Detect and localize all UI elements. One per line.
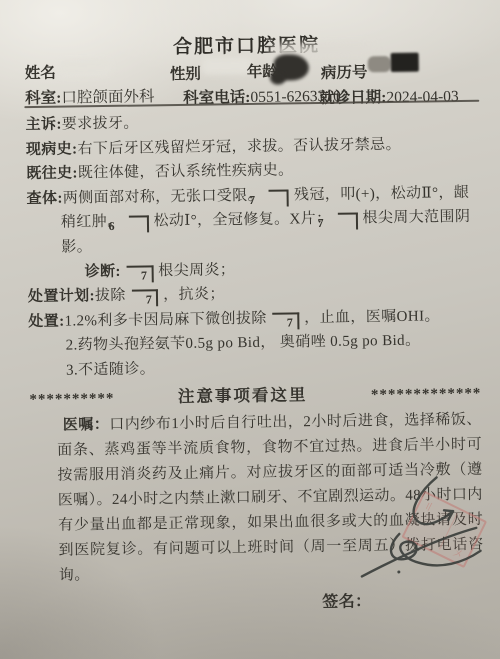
- doctor-advice-label: 医嘱：: [63, 417, 110, 434]
- tooth-notation-lower-right-7: 7: [273, 312, 300, 329]
- treatment-item-3: 3.不适随诊。: [66, 353, 481, 383]
- visit-date-label: 就诊日期:: [319, 89, 386, 107]
- medical-record-photo: 合肥市口腔医院 姓名 性别 年龄 病历号 科室:口腔颌面外科 科室电话:0551…: [0, 0, 500, 659]
- tooth-notation-lower-right-7: 7: [337, 213, 357, 230]
- tooth-notation-lower-right-6: 6: [128, 216, 148, 233]
- notice-heading-row: **********注意事项看这里*************: [29, 380, 481, 412]
- paper-sheet: 合肥市口腔医院 姓名 性别 年龄 病历号 科室:口腔颌面外科 科室电话:0551…: [0, 0, 500, 659]
- record-no-redaction-gray: [368, 56, 391, 72]
- visit-date-field: 就诊日期:2024-04-03: [319, 84, 459, 108]
- gender-label: 性别: [170, 62, 201, 84]
- hospital-title: 合肥市口腔医院: [0, 28, 497, 62]
- record-no-redaction-black: [391, 53, 419, 72]
- department-label: 科室:: [25, 90, 61, 108]
- tooth-notation-lower-right-7: 7: [269, 189, 289, 206]
- stars-left: **********: [29, 386, 114, 412]
- record-no-label: 病历号: [321, 60, 368, 83]
- age-redaction-tail: [270, 70, 286, 84]
- examination: 查体:两侧面部对称，无张口受限。7残冠，叩(+)，松动Ⅱ°，龈稍红肿。6松动Ⅰ°…: [26, 181, 479, 261]
- tooth-notation-lower-right-7: 7: [132, 289, 159, 306]
- name-redaction: [59, 60, 111, 77]
- name-label: 姓名: [25, 61, 56, 83]
- stars-right: *************: [371, 381, 482, 407]
- tooth-notation-lower-right-7: 7: [127, 265, 154, 282]
- visit-date-value: 2024-04-03: [386, 88, 459, 106]
- gender-redaction: [202, 57, 252, 75]
- signature-label: 签名：: [322, 589, 484, 616]
- signature: [340, 465, 492, 587]
- notice-heading: 注意事项看这里: [178, 383, 308, 409]
